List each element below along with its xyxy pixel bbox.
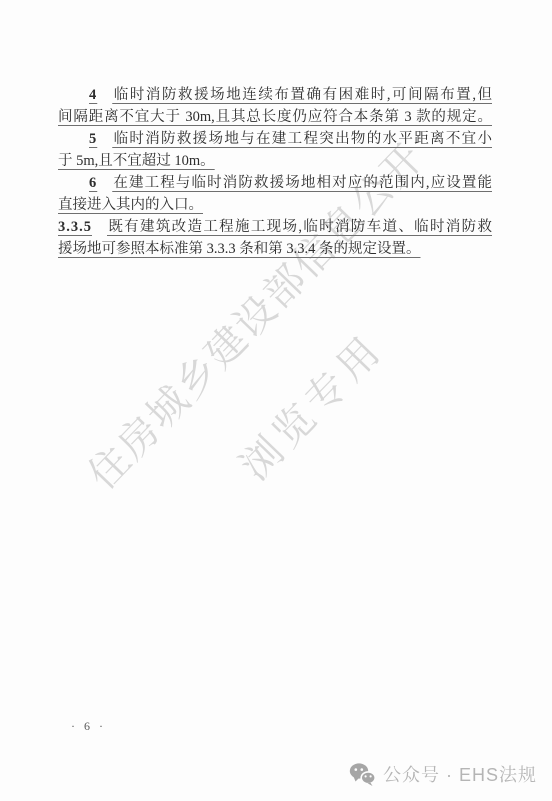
text-line: 间隔距离不宜大于 30m,且其总长度仍应符合本条第 3 款的规定。	[58, 106, 492, 128]
text-line: 援场地可参照本标准第 3.3.3 条和第 3.3.4 条的规定设置。	[58, 238, 492, 260]
text-line: 3.3.5既有建筑改造工程施工现场,临时消防车道、临时消防救	[58, 216, 492, 238]
line-text: 直接进入其内的入口。	[58, 197, 203, 213]
line-text: 援场地可参照本标准第 3.3.3 条和第 3.3.4 条的规定设置。	[58, 241, 421, 257]
document-page: 住房城乡建设部信息公开 浏览专用 4临时消防救援场地连续布置确有困难时,可间隔布…	[0, 0, 552, 801]
line-text: 在建工程与临时消防救援场地相对应的范围内,应设置能	[112, 175, 492, 191]
text-line: 4临时消防救援场地连续布置确有困难时,可间隔布置,但	[58, 84, 492, 106]
item-number: 6	[89, 175, 97, 191]
footer-branding: 公众号 · EHS法规	[349, 761, 537, 787]
page-number: · 6 ·	[71, 719, 106, 734]
line-text: 间隔距离不宜大于 30m,且其总长度仍应符合本条第 3 款的规定。	[58, 109, 492, 125]
document-text-block: 4临时消防救援场地连续布置确有困难时,可间隔布置,但 间隔距离不宜大于 30m,…	[58, 84, 492, 260]
clause-number: 3.3.5	[58, 219, 92, 235]
line-text: 临时消防救援场地与在建工程突出物的水平距离不宜小	[112, 131, 492, 147]
line-text: 临时消防救援场地连续布置确有困难时,可间隔布置,但	[112, 87, 492, 103]
line-text: 既有建筑改造工程施工现场,临时消防车道、临时消防救	[107, 219, 492, 235]
text-line: 5临时消防救援场地与在建工程突出物的水平距离不宜小	[58, 128, 492, 150]
item-number: 5	[89, 131, 97, 147]
wechat-icon	[349, 762, 376, 787]
watermark-line-2: 浏览专用	[226, 319, 395, 491]
item-number: 4	[89, 87, 97, 103]
line-text: 于 5m,且不宜超过 10m。	[58, 153, 215, 169]
footer-label: 公众号 · EHS法规	[383, 761, 537, 787]
text-line: 6在建工程与临时消防救援场地相对应的范围内,应设置能	[58, 172, 492, 194]
text-line: 直接进入其内的入口。	[58, 194, 492, 216]
text-line: 于 5m,且不宜超过 10m。	[58, 150, 492, 172]
